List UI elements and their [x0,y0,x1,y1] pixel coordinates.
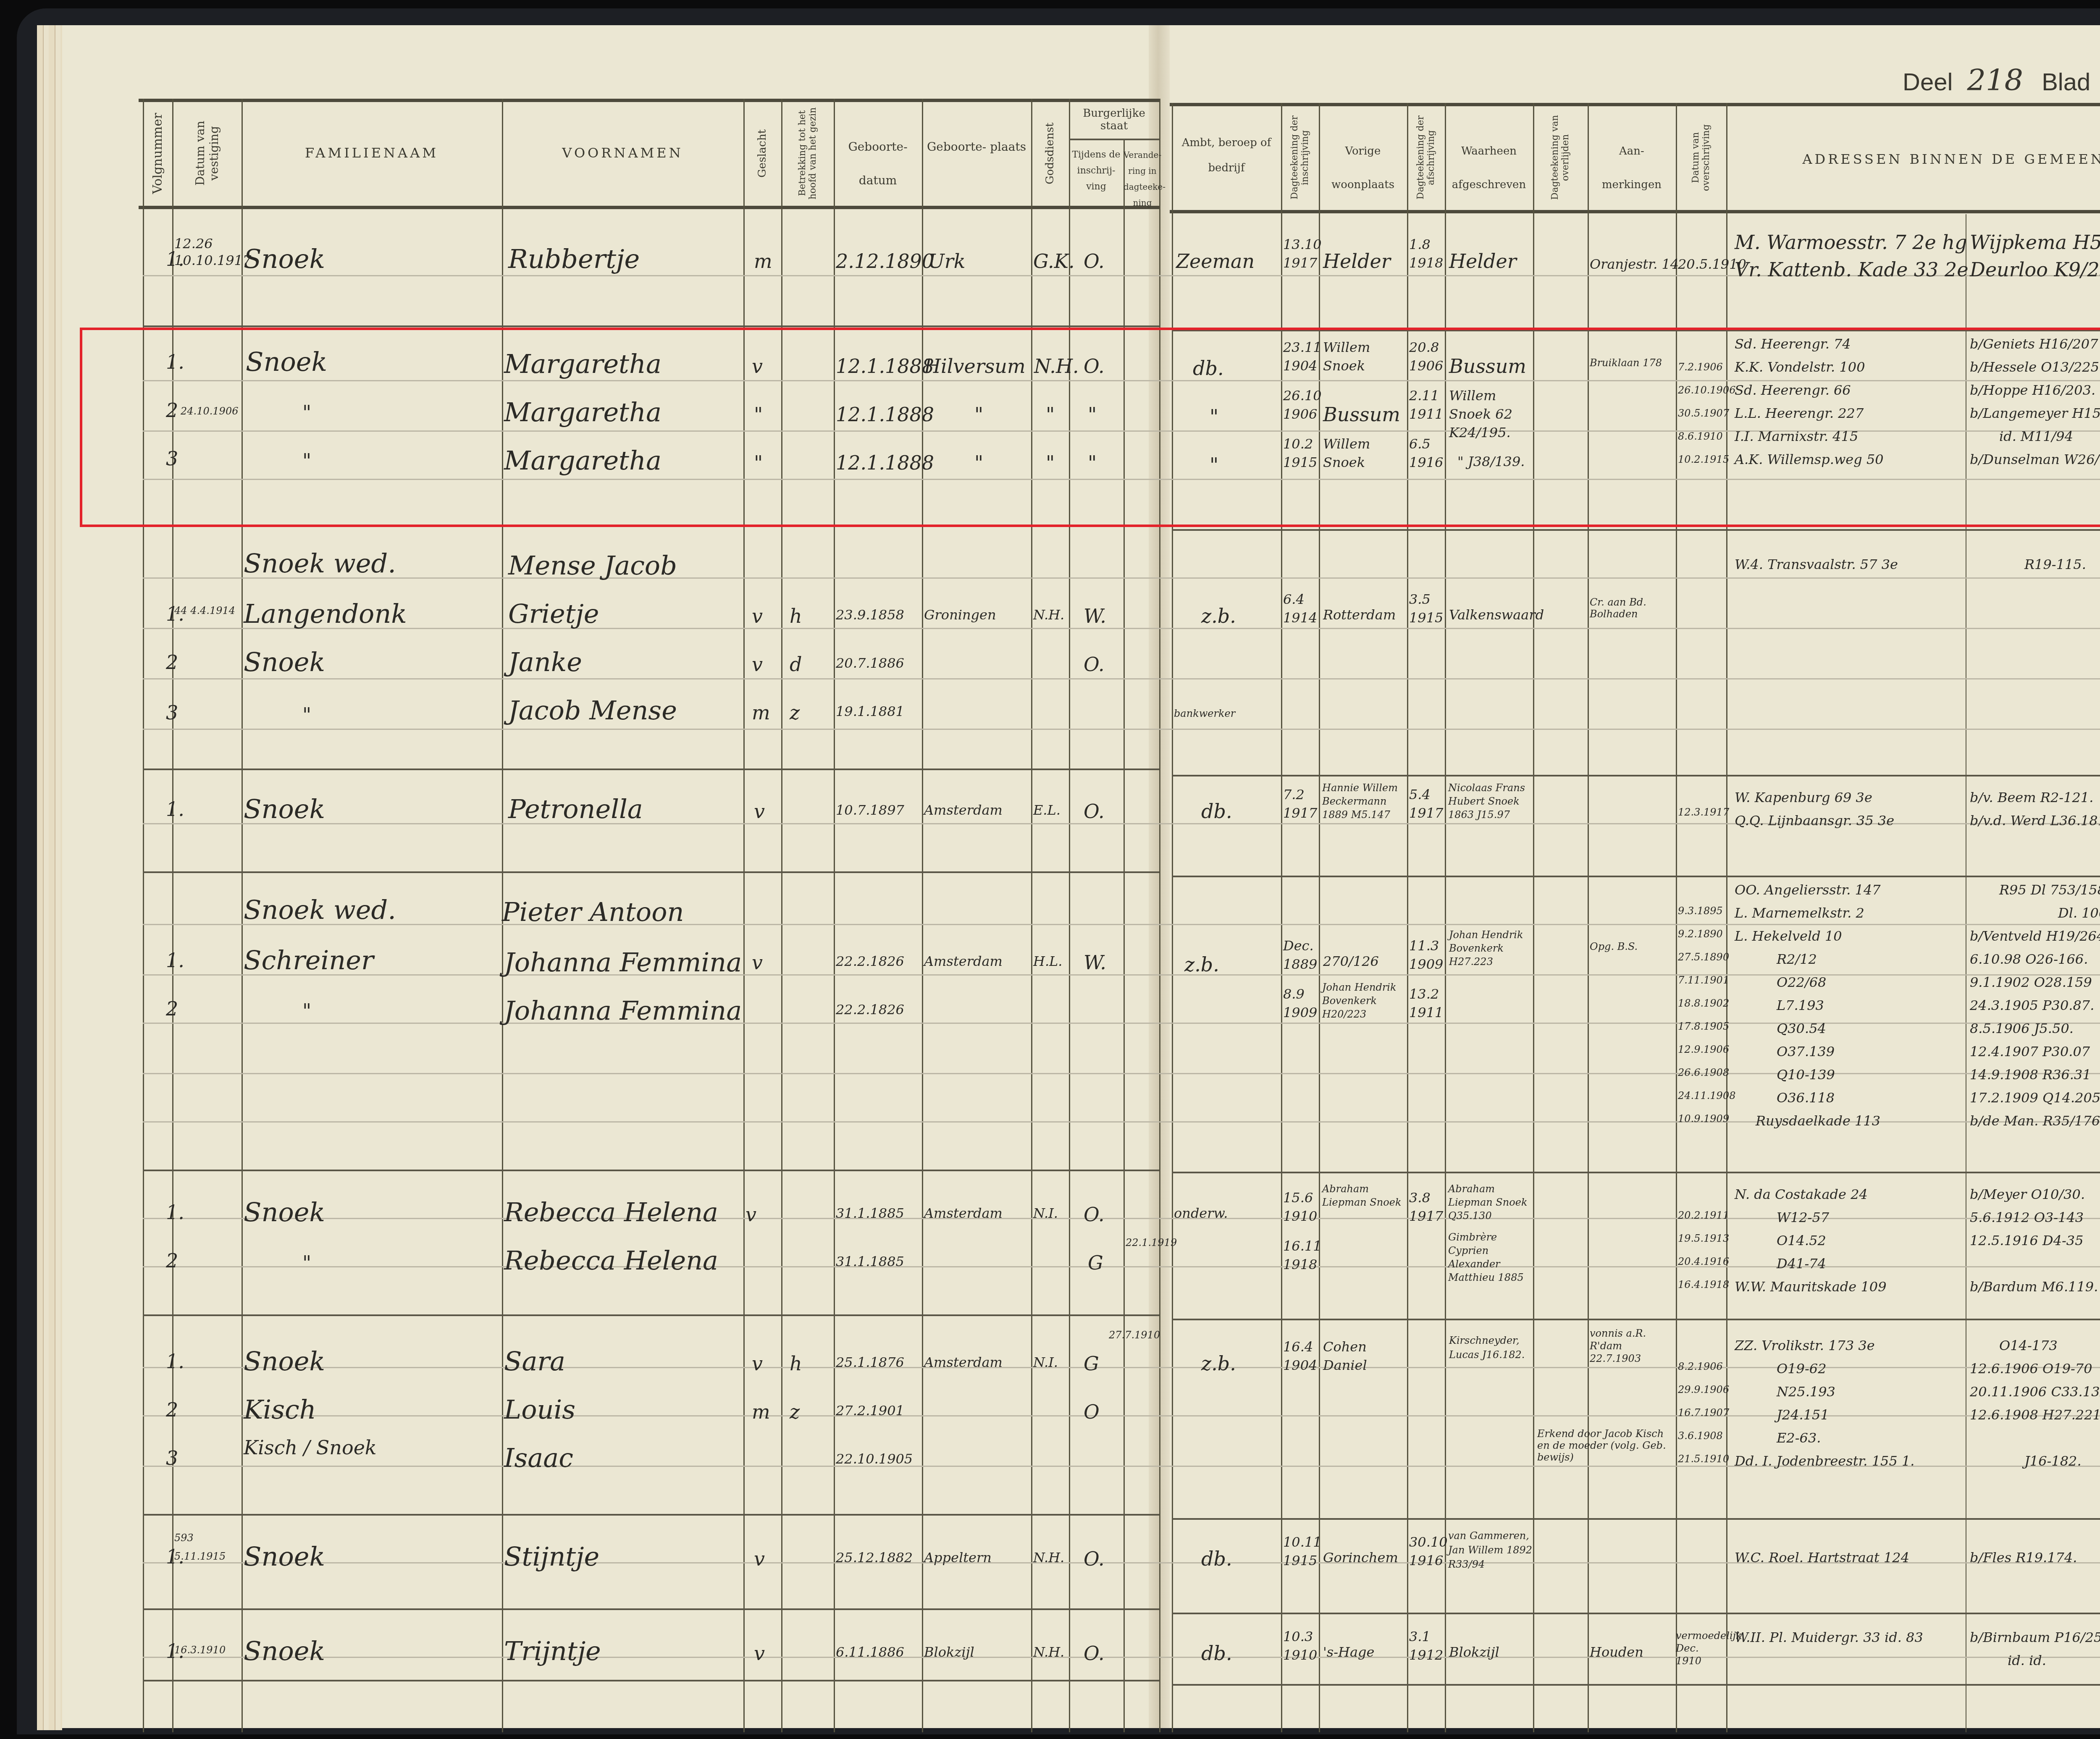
birth-date: 19.1.1881 [836,703,904,719]
birth-place: Urk [928,250,966,273]
address-note: 12.6.1908 H27.221 [1970,1407,2100,1423]
address-note: b/v. Beem R2-121. [1970,790,2093,805]
volume-label: Deel 218 Blad 22. [1903,63,2100,97]
remarks: Houden [1590,1644,1643,1660]
birth-date: 20.7.1886 [836,655,904,671]
occupation: onderw. [1174,1205,1228,1221]
remarks: vonnis a.R. R'dam 22.7.1903 [1590,1327,1674,1365]
family-name: Snoek [244,1197,325,1228]
address-note: b/v.d. Werd L36.181. [1970,813,2100,829]
occupation: Zeeman [1176,250,1255,273]
occupation: z.b. [1201,605,1236,627]
deregistration-date: 30.10 1916 [1409,1533,1445,1570]
registration-date: Dec. 1889 [1283,936,1319,973]
settle-date: 44 4.4.1914 [174,605,235,616]
destination: Valkenswaard [1449,607,1544,623]
previous-residence: Gorinchem [1323,1550,1398,1566]
registration-date: 10.3 1910 [1283,1627,1319,1664]
first-names: Louis [504,1394,575,1425]
entry-separator [143,1608,1159,1610]
civil-status: O. [1084,800,1105,823]
address: Dd. I. Jodenbreestr. 155 1. [1735,1453,1914,1469]
address-note: J16-182. [2024,1453,2082,1469]
birth-date: 22.2.1826 [836,953,904,969]
registration-date: 15.6 1910 [1283,1188,1319,1225]
col-header-familienaam: FAMILIENAAM [241,145,502,161]
occupation: db. [1201,1642,1232,1665]
settle-date: 12.26 10.10.1917 [174,235,241,269]
writing-rule [143,1657,2100,1658]
transfer-date: 8.2.1906 [1678,1361,1723,1372]
deregistration-date: 1.8 1918 [1409,235,1445,272]
row-number: 2 [166,651,178,674]
address: Q30.54 [1777,1020,1826,1036]
col-header-geboortedatum: Geboorte- datum [834,130,922,197]
entry-separator [143,1314,1159,1316]
family-name: Snoek [244,1541,325,1572]
registration-date: 7.2 1917 [1283,785,1319,822]
civil-status: O. [1084,1548,1105,1570]
address-note: R19-115. [2024,556,2086,572]
deregistration-date: 3.5 1915 [1409,590,1445,627]
birth-place: Amsterdam [924,1205,1003,1221]
row-number: 2 [166,1398,178,1421]
first-names: Grietje [508,598,599,629]
relation: h [790,1352,802,1375]
col-header-burgerlijke-staat: Burgerlijke staat [1069,107,1159,132]
address-note: Wijpkema H5/0 [1970,231,2100,254]
page-edges [37,25,62,1730]
civil-status: W. [1084,951,1106,974]
destination: Johan Hendrik Bovenkerk H27.223 [1449,928,1533,968]
entry-separator [143,325,1159,327]
deel-label: Deel [1903,68,1953,96]
address-note: id. id. [2008,1652,2046,1668]
address: W. Kapenburg 69 3e [1735,790,1872,805]
destination: Helder [1449,250,1517,273]
first-names: Trijntje [504,1636,601,1666]
destination: Abraham Liepman Snoek Q35.130 [1448,1182,1532,1222]
family-name: Snoek [244,794,325,824]
address: Q.Q. Lijnbaansgr. 35 3e [1735,813,1894,829]
address-note: 6.10.98 O26-166. [1970,951,2088,967]
col-header-datum-vestiging: Datum van vestiging [172,105,241,202]
transfer-date: 21.5.1910 [1678,1453,1729,1465]
registration-date: 16.11 1918 [1283,1237,1319,1274]
transfer-date: 16.7.1907 [1678,1407,1729,1419]
transfer-date: 20.2.1911 [1678,1209,1729,1221]
family-name: Snoek [244,1346,325,1377]
address: L7.193 [1777,997,1824,1013]
civil-status: O. [1084,1203,1105,1226]
first-names: Pieter Antoon [502,897,684,927]
gender: v [752,653,763,676]
birth-date: 22.10.1905 [836,1451,913,1467]
family-name-ditto: " [302,1251,311,1274]
first-names: Johanna Femmina [504,947,742,978]
deregistration-date: 3.8 1917 [1409,1188,1445,1225]
transfer-date: 27.5.1890 [1678,951,1729,963]
address-note: b/Fles R19.174. [1970,1550,2077,1566]
col-header-betrekking: Betrekking tot het hoofd van het gezin [781,105,834,202]
civil-status: O. [1084,1642,1105,1665]
first-names: Janke [508,647,582,677]
remarks: Opg. B.S. [1590,941,1638,952]
selection-highlight-box [80,328,2100,527]
header-top-rule-right [1170,103,2100,106]
address: W.W. Mauritskade 109 [1735,1279,1887,1295]
col-header-geboorteplaats: Geboorte- plaats [922,130,1031,164]
entry-separator [143,1170,1159,1171]
occupation: db. [1201,1548,1232,1570]
civil-status: O. [1084,653,1105,676]
religion: H.L. [1033,953,1063,969]
relation: h [790,605,802,627]
blad-label: Blad [2042,68,2090,96]
birth-place: Amsterdam [924,1354,1003,1370]
col-header-godsdienst: Godsdienst [1031,105,1069,202]
birth-date: 25.12.1882 [836,1550,913,1566]
col-header-vorige-woonplaats: Vorige woonplaats [1319,134,1407,202]
occupation: bankwerker [1174,708,1235,719]
address-note: 9.1.1902 O28.159 [1970,974,2092,990]
address: Q10-139 [1777,1067,1835,1083]
registration-date: 8.9 1909 [1283,985,1319,1022]
destination: Kirschneyder, Lucas J16.182. [1449,1333,1533,1362]
civil-status: G [1084,1352,1099,1375]
deregistration-date: 13.2 1911 [1409,985,1445,1022]
col-header-datum-overschrijving: Datum van overschrijving [1676,109,1726,206]
gender: v [745,1203,756,1226]
address-note: 5.6.1912 O3-143 [1970,1209,2084,1225]
civil-status: W. [1084,605,1106,627]
family-name: Kisch [244,1394,316,1425]
address-note: 17.2.1909 Q14.205. [1970,1090,2100,1106]
col-header-volgnummer: Volgnummer [143,105,172,202]
remarks: Cr. aan Bd. Bolhaden [1590,596,1674,620]
family-name-ditto: " [302,703,311,726]
deregistration-date: 3.1 1912 [1409,1627,1445,1664]
previous-residence: Abraham Liepman Snoek [1322,1182,1406,1209]
deregistration-date: 11.3 1909 [1409,936,1445,973]
address: W.4. Transvaalstr. 57 3e [1735,556,1898,572]
remarks: Oranjestr. 14 [1590,256,1679,272]
destination: van Gammeren, Jan Willem 1892 R33/94 [1448,1529,1532,1571]
family-name: Langendonk [244,598,407,629]
civil-status-change: 22.1.1919 [1126,1237,1177,1249]
address: O14.52 [1777,1233,1826,1249]
address-note: Dl. 106/239. [2058,905,2100,921]
religion: N.I. [1033,1354,1058,1370]
subheader-rule [1069,139,1159,140]
address-note: b/Bardum M6.119. [1970,1279,2098,1295]
address-note: b/Birnbaum P16/25 [1970,1629,2100,1645]
civil-status: O. [1084,250,1105,273]
family-name: Snoek wed. [244,548,396,579]
address: D41-74 [1777,1256,1826,1272]
row-number: 1. [166,1350,184,1373]
row-number: 1. [166,1201,184,1224]
transfer-date: 29.9.1906 [1678,1384,1729,1395]
first-names: Jacob Mense [508,695,677,726]
entry-separator [143,871,1159,873]
birth-place: Amsterdam [924,953,1003,969]
transfer-date: 3.6.1908 [1678,1430,1723,1442]
entry-separator [1172,1684,2100,1686]
first-names: Isaac [504,1443,573,1473]
gender: m [752,1401,770,1423]
previous-residence: Helder [1323,250,1391,273]
transfer-date: 24.11.1908 [1678,1090,1735,1102]
previous-residence: Hannie Willem Beckermann 1889 M5.147 [1322,781,1406,821]
row-number: 3 [166,701,178,724]
religion: N.H. [1033,607,1064,623]
birth-date: 22.2.1826 [836,1002,904,1018]
religion: E.L. [1033,802,1060,818]
col-header-dagt-overlijden: Dagteekening van overlijden [1533,109,1588,206]
registration-date: 6.4 1914 [1283,590,1319,627]
row-number: 2 [166,997,178,1020]
family-name: Snoek wed. [244,894,396,925]
col-header-tijdens-inschrijving: Tijdens de inschrij- ving [1069,147,1123,195]
birth-date: 31.1.1885 [836,1205,904,1221]
address: Vr. Kattenb. Kade 33 2e [1735,258,1968,281]
deel-value: 218 [1967,63,2023,97]
col-header-dagt-afschrijving: Dagteekening der afschrijving [1407,109,1445,206]
col-header-geslacht: Geslacht [743,105,781,202]
family-name: Snoek [244,244,325,274]
entry-separator [143,769,1159,770]
relation: d [790,653,802,676]
col-header-voornamen: VOORNAMEN [502,145,743,161]
entry-separator [1172,529,2100,531]
col-header-verandering: Verande- ring in dagteeke- ning [1123,147,1161,211]
birth-place: Groningen [924,607,996,623]
entry-separator [143,1680,1159,1681]
family-name: Kisch / Snoek [244,1436,377,1459]
previous-residence: 's-Hage [1323,1644,1374,1660]
col-header-adressen: ADRESSEN BINNEN DE GEMEENTE [1726,151,2100,167]
address-note: 14.9.1908 R36.31 [1970,1067,2091,1083]
row-number: 3 [166,1447,178,1469]
writing-rule [143,577,2100,579]
previous-residence: Rotterdam [1323,607,1396,623]
entry-separator [1172,876,2100,877]
first-names: Rebecca Helena [504,1245,718,1276]
previous-residence: Johan Hendrik Bovenkerk H20/223 [1322,981,1406,1021]
address: O19-62 [1777,1361,1826,1377]
address: J24.151 [1777,1407,1829,1423]
address: ZZ. Vrolikstr. 173 3e [1735,1338,1875,1353]
civil-status: G [1088,1251,1103,1274]
birth-date: 23.9.1858 [836,607,904,623]
address: O36.118 [1777,1090,1835,1106]
family-name: Snoek [244,1636,325,1666]
transfer-date: 20.4.1916 [1678,1256,1729,1267]
address: E2-63. [1777,1430,1821,1446]
religion: N.H. [1033,1644,1064,1660]
birth-place: Amsterdam [924,802,1003,818]
address: OO. Angeliersstr. 147 [1735,882,1881,898]
address-note: 12.5.1916 D4-35 [1970,1233,2084,1249]
first-names: Petronella [508,794,643,824]
transfer-date: 12.9.1906 [1678,1044,1729,1055]
address: N. da Costakade 24 [1735,1186,1868,1202]
row-number: 1. [166,949,184,972]
birth-place: Blokzijl [924,1644,974,1660]
address: Ruysdaelkade 113 [1756,1113,1880,1129]
first-names: Rebecca Helena [504,1197,718,1228]
previous-residence: Cohen Daniel [1323,1338,1403,1374]
address-note: 24.3.1905 P30.87. [1970,997,2094,1013]
civil-status: O [1084,1401,1100,1423]
address: O37.139 [1777,1044,1835,1060]
gender: v [752,951,763,974]
remarks: Erkend door Jacob Kisch en de moeder (vo… [1537,1428,1672,1463]
birth-date: 10.7.1897 [836,802,904,818]
transfer-date: 26.6.1908 [1678,1067,1729,1078]
religion: N.I. [1033,1205,1058,1221]
address: M. Warmoesstr. 7 2e hg [1735,231,1967,254]
address: O22/68 [1777,974,1826,990]
address: W.C. Roel. Hartstraat 124 [1735,1550,1909,1566]
address-note: b/de Man. R35/176 [1970,1113,2100,1129]
address-note: 12.6.1906 O19-70 [1970,1361,2092,1377]
entry-separator [143,1514,1159,1516]
col-header-dagt-inschrijving: Dagteekening der inschrijving [1281,109,1319,206]
occupation: db. [1201,800,1232,823]
header-bottom-rule [139,206,1159,209]
address-note: 12.4.1907 P30.07 [1970,1044,2090,1060]
transfer-date: 7.11.1901 [1678,974,1729,986]
gender: m [752,701,770,724]
address-note: Deurloo K9/23. [1970,258,2100,281]
gender: v [754,800,765,823]
settle-date: 16.3.1910 [174,1644,226,1656]
writing-rule [143,924,2100,925]
birth-date: 31.1.1885 [836,1254,904,1269]
family-name: Snoek [244,647,325,677]
birth-place: Appeltern [924,1550,992,1566]
previous-residence: 270/126 [1323,953,1379,969]
col-header-ambt: Ambt, beroep of bedrijf [1172,130,1281,181]
address-note: 8.5.1906 J5.50. [1970,1020,2074,1036]
address: L. Marnemelkstr. 2 [1735,905,1864,921]
address: N25.193 [1777,1384,1835,1400]
transfer-date: 17.8.1905 [1678,1020,1729,1032]
address-note: R95 Dl 753/158. [1999,882,2100,898]
entry-separator [1172,775,2100,776]
relation: z [790,1401,800,1423]
transfer-date: 9.2.1890 [1678,928,1723,940]
settle-date: 593 5.11.1915 [174,1529,241,1566]
first-names: Stijntje [504,1541,599,1572]
header-bottom-rule-right [1170,210,2100,213]
gender: v [754,1548,765,1570]
first-names: Mense Jacob [508,550,677,581]
civil-status-change: 27.7.1910 [1109,1329,1160,1341]
destination: Gimbrère Cyprien Alexander Matthieu 1885 [1448,1230,1532,1284]
address-note: b/Ventveld H19/264. [1970,928,2100,944]
gender: v [752,1352,763,1375]
family-name: Schreiner [244,945,374,976]
transfer-date: 10.9.1909 [1678,1113,1729,1125]
registration-date: 16.4 1904 [1283,1338,1319,1374]
deregistration-date: 5.4 1917 [1409,785,1445,822]
entry-separator [1172,1613,2100,1614]
address-note: O14-173 [1999,1338,2058,1353]
writing-rule [143,729,2100,730]
row-number: 1. [166,798,184,821]
header-top-rule [139,99,1159,102]
registration-date: 10.11 1915 [1283,1533,1319,1570]
birth-date: 6.11.1886 [836,1644,904,1660]
registration-date: 13.10 1917 [1283,235,1319,272]
transfer-date: 16.4.1918 [1678,1279,1729,1290]
address: W12-57 [1777,1209,1829,1225]
first-names: Rubbertje [508,244,640,274]
first-names: Sara [504,1346,565,1377]
gender: m [754,250,772,273]
family-name-ditto: " [302,999,311,1022]
transfer-date: 12.3.1917 [1678,806,1729,818]
address: R2/12 [1777,951,1817,967]
writing-rule [143,678,2100,679]
left-page [50,25,1159,1728]
row-number: 2 [166,1249,178,1272]
destination: Nicolaas Frans Hubert Snoek 1863 J15.97 [1448,781,1532,821]
gender: v [754,1642,765,1665]
gender: v [752,605,763,627]
address: L. Hekelveld 10 [1735,928,1842,944]
transfer-date: 18.8.1902 [1678,997,1729,1009]
address-note: 20.11.1906 C33.132 [1970,1384,2100,1400]
relation: z [790,701,800,724]
first-names: Johanna Femmina [504,995,742,1026]
occupation: z.b. [1184,953,1219,976]
entry-separator [1172,1172,2100,1173]
birth-date: 25.1.1876 [836,1354,904,1370]
transfer-date: 9.3.1895 [1678,905,1723,917]
address-note: b/Meyer O10/30. [1970,1186,2085,1202]
col-header-aanmerkingen: Aan- merkingen [1588,134,1676,202]
destination: Blokzijl [1449,1644,1499,1660]
religion: G.K. [1033,250,1075,273]
religion: N.H. [1033,1550,1064,1566]
birth-date: 27.2.1901 [836,1403,904,1419]
transfer-date: vermoedelijk Dec. 1910 [1676,1629,1726,1667]
transfer-date: 19.5.1913 [1678,1233,1729,1244]
entry-separator [1172,1319,2100,1320]
writing-rule [143,628,2100,629]
col-header-waarheen: Waarheen afgeschreven [1445,134,1533,202]
address: W.II. Pl. Muidergr. 33 id. 83 [1735,1629,1923,1645]
birth-date: 2.12.1890 [836,250,934,273]
occupation: z.b. [1201,1352,1236,1375]
entry-separator [1172,1518,2100,1520]
